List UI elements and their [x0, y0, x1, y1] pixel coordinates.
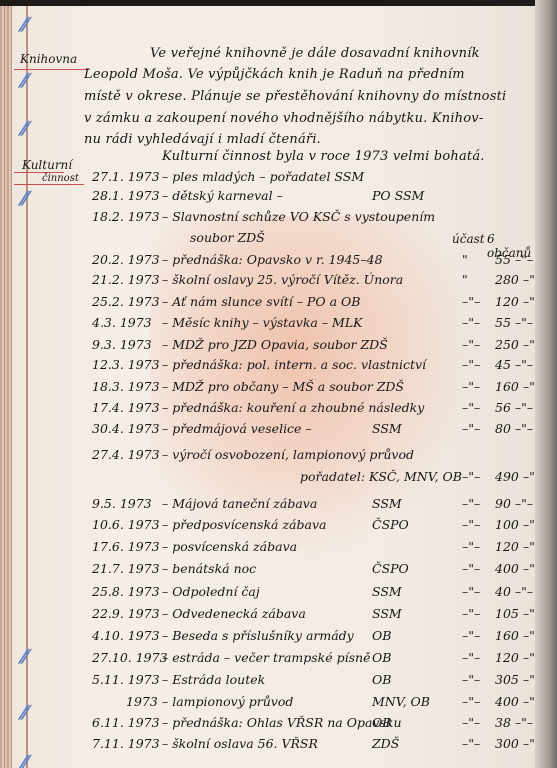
event-description: – benátská noc	[162, 561, 256, 576]
event-row: 30.4. 1973– předmájová veselice –SSM–"–8…	[0, 421, 536, 443]
event-description: – dětský karneval –	[162, 188, 283, 203]
event-description: – Odvedenecká zábava	[162, 606, 306, 621]
event-count: 105 –"–	[495, 606, 536, 621]
event-count: 250 –"–	[495, 337, 536, 352]
event-row: 1973– lampionový průvodMNV, OB–"–400 –"–	[0, 694, 536, 716]
event-date: 25.8. 1973	[92, 584, 162, 599]
event-description: – Ať nám slunce svítí – PO a OB	[162, 294, 360, 309]
event-participation: –"–	[462, 561, 480, 576]
event-row: soubor ZDŠ	[0, 230, 536, 252]
event-participation: –"–	[462, 496, 480, 511]
event-description: – Slavnostní schůze VO KSČ s vystoupením	[162, 209, 435, 224]
event-date: 25.2. 1973	[92, 294, 162, 309]
event-row: 17.4. 1973– přednáška: kouření a zhoubné…	[0, 400, 536, 422]
paragraph-line: v zámku a zakoupení nového vhodnějšího n…	[84, 111, 483, 126]
event-row: 7.11. 1973– školní oslava 56. VŘSRZDŠ–"–…	[0, 736, 536, 758]
event-participation: –"–	[462, 294, 480, 309]
event-description: – MDŽ pro JZD Opavia, soubor ZDŠ	[162, 337, 388, 352]
event-row: 4.3. 1973– Měsíc knihy – výstavka – MLK–…	[0, 315, 536, 337]
paragraph-line: nu rádi vyhledávají i mladí čtenáři.	[84, 132, 321, 147]
event-description: – předmájová veselice –	[162, 421, 312, 436]
event-row: 28.1. 1973– dětský karneval –PO SSM	[0, 188, 536, 210]
event-count: 490 –"–	[495, 469, 536, 484]
event-date: 22.9. 1973	[92, 606, 162, 621]
red-underline	[14, 69, 90, 70]
event-row: 17.6. 1973– posvícenská zábava–"–120 –"–	[0, 539, 536, 561]
event-description: – Estráda loutek	[162, 672, 265, 687]
event-participation: "	[462, 252, 468, 267]
event-date: 7.11. 1973	[92, 736, 162, 751]
event-row: 9.5. 1973– Májová taneční zábavaSSM–"–90…	[0, 496, 536, 518]
event-organizer: OB	[372, 672, 391, 687]
event-date: 12.3. 1973	[92, 357, 162, 372]
event-count: 120 –"–	[495, 294, 536, 309]
event-organizer: SSM	[372, 584, 402, 599]
event-row: 22.9. 1973– Odvedenecká zábavaSSM–"–105 …	[0, 606, 536, 628]
event-participation: –"–	[462, 400, 480, 415]
event-description: pořadatel: KSČ, MNV, OB	[300, 469, 462, 484]
culture-intro: Kulturní činnost byla v roce 1973 velmi …	[162, 149, 485, 164]
event-row: 18.2. 1973– Slavnostní schůze VO KSČ s v…	[0, 209, 536, 231]
event-description: soubor ZDŠ	[190, 230, 265, 245]
event-description: – posvícenská zábava	[162, 539, 297, 554]
event-date: 21.2. 1973	[92, 272, 162, 287]
event-participation: –"–	[462, 736, 480, 751]
event-count: 55 –"–	[495, 315, 533, 330]
event-count: 40 –"–	[495, 584, 533, 599]
event-date: 9.5. 1973	[92, 496, 162, 511]
event-date: 18.2. 1973	[92, 209, 162, 224]
event-description: – Májová taneční zábava	[162, 496, 317, 511]
event-organizer: OB	[372, 628, 391, 643]
event-row: 9.3. 1973– MDŽ pro JZD Opavia, soubor ZD…	[0, 337, 536, 359]
event-organizer: ČSPO	[372, 561, 409, 576]
event-count: 120 –"–	[495, 539, 536, 554]
event-date: 10.6. 1973	[92, 517, 162, 532]
event-row: 18.3. 1973– MDŽ pro občany – MŠ a soubor…	[0, 379, 536, 401]
event-participation: "	[462, 272, 468, 287]
event-participation: –"–	[462, 628, 480, 643]
event-count: 400 –"–	[495, 694, 536, 709]
event-participation: –"–	[462, 421, 480, 436]
event-count: 38 –"–	[495, 715, 533, 730]
event-date: 28.1. 1973	[92, 188, 162, 203]
event-description: – MDŽ pro občany – MŠ a soubor ZDŠ	[162, 379, 404, 394]
event-description: – estráda – večer trampské písně	[162, 650, 370, 665]
event-row: 21.2. 1973– školní oslavy 25. výročí Vít…	[0, 272, 536, 294]
paragraph-line: místě v okrese. Plánuje se přestěhování …	[84, 89, 506, 104]
event-count: 305 –"–	[495, 672, 536, 687]
event-count: 90 –"–	[495, 496, 533, 511]
event-description: – přednáška: Opavsko v r. 1945–48	[162, 252, 383, 267]
event-organizer: PO SSM	[372, 188, 424, 203]
event-date: 27.4. 1973	[92, 447, 162, 462]
event-row: pořadatel: KSČ, MNV, OB–"–490 –"–	[0, 469, 536, 491]
event-date: 5.11. 1973	[92, 672, 162, 687]
paragraph-line: Ve veřejné knihovně je dále dosavadní kn…	[150, 46, 480, 61]
event-participation: –"–	[462, 539, 480, 554]
event-row: 4.10. 1973– Beseda s příslušníky armádyO…	[0, 628, 536, 650]
event-description: – školní oslava 56. VŘSR	[162, 736, 318, 751]
event-organizer: MNV, OB	[372, 694, 430, 709]
event-description: – Odpolední čaj	[162, 584, 260, 599]
event-organizer: SSM	[372, 606, 402, 621]
event-row: 6.11. 1973– přednáška: Ohlas VŘSR na Opa…	[0, 715, 536, 737]
event-date: 4.3. 1973	[92, 315, 162, 330]
event-row: 10.6. 1973– předposvícenská zábavaČSPO–"…	[0, 517, 536, 539]
event-row: 25.8. 1973– Odpolední čajSSM–"–40 –"–	[0, 584, 536, 606]
event-participation: –"–	[462, 517, 480, 532]
event-count: 100 –"–	[495, 517, 536, 532]
margin-label-library: Knihovna	[20, 52, 77, 66]
event-description: – předposvícenská zábava	[162, 517, 326, 532]
event-date: 20.2. 1973	[92, 252, 162, 267]
event-description: – školní oslavy 25. výročí Vítěz. Února	[162, 272, 403, 287]
event-row: 5.11. 1973– Estráda loutekOB–"–305 –"–	[0, 672, 536, 694]
event-count: 400 –"–	[495, 561, 536, 576]
event-date: 18.3. 1973	[92, 379, 162, 394]
event-row: 25.2. 1973– Ať nám slunce svítí – PO a O…	[0, 294, 536, 316]
event-participation: –"–	[462, 315, 480, 330]
event-description: – Měsíc knihy – výstavka – MLK	[162, 315, 362, 330]
paragraph-line: Leopold Moša. Ve výpůjčkách knih je Radu…	[84, 67, 465, 82]
event-count: 280 –"–	[495, 272, 536, 287]
event-participation: –"–	[462, 672, 480, 687]
event-participation: –"–	[462, 715, 480, 730]
event-count: 160 –"–	[495, 379, 536, 394]
event-count: 160 –"–	[495, 628, 536, 643]
event-date: 17.4. 1973	[92, 400, 162, 415]
event-participation: –"–	[462, 650, 480, 665]
event-date: 17.6. 1973	[92, 539, 162, 554]
event-date: 6.11. 1973	[92, 715, 162, 730]
event-count: 45 –"–	[495, 357, 533, 372]
event-organizer: SSM	[372, 496, 402, 511]
event-count: 300 –"–	[495, 736, 536, 751]
event-description: – přednáška: pol. intern. a soc. vlastni…	[162, 357, 426, 372]
book-gutter	[535, 0, 557, 768]
event-organizer: ČSPO	[372, 517, 409, 532]
event-description: – Beseda s příslušníky armády	[162, 628, 354, 643]
event-participation: –"–	[462, 357, 480, 372]
event-description: – výročí osvobození, lampionový průvod	[162, 447, 414, 462]
event-row: 20.2. 1973– přednáška: Opavsko v r. 1945…	[0, 252, 536, 274]
event-organizer: ZDŠ	[372, 736, 399, 751]
event-organizer: OB	[372, 715, 391, 730]
event-participation: –"–	[462, 694, 480, 709]
event-row: 12.3. 1973– přednáška: pol. intern. a so…	[0, 357, 536, 379]
event-count: 56 –"–	[495, 400, 533, 415]
event-description: – ples mladých – pořadatel SSM	[162, 169, 364, 184]
event-organizer: OB	[372, 650, 391, 665]
event-date: 30.4. 1973	[92, 421, 162, 436]
event-row: 21.7. 1973– benátská nocČSPO–"–400 –"–	[0, 561, 536, 583]
event-count: 80 –"–	[495, 421, 533, 436]
event-date: 9.3. 1973	[92, 337, 162, 352]
event-date: 4.10. 1973	[92, 628, 162, 643]
event-date: 27.1. 1973	[92, 169, 162, 184]
binding-stitch-icon: //	[16, 118, 37, 140]
event-participation: –"–	[462, 584, 480, 599]
event-participation: –"–	[462, 469, 480, 484]
event-date: 27.10. 1973	[92, 650, 162, 665]
event-row: 27.4. 1973– výročí osvobození, lampionov…	[0, 447, 536, 469]
event-count: 120 –"–	[495, 650, 536, 665]
event-participation: –"–	[462, 379, 480, 394]
event-description: – lampionový průvod	[162, 694, 293, 709]
event-count: 55 –"–	[495, 252, 533, 267]
event-description: – přednáška: Ohlas VŘSR na Opavsku	[162, 715, 402, 730]
event-date: 21.7. 1973	[92, 561, 162, 576]
event-description: – přednáška: kouření a zhoubné následky	[162, 400, 424, 415]
binding-stitch-icon: //	[16, 70, 37, 92]
event-participation: –"–	[462, 606, 480, 621]
event-participation: –"–	[462, 337, 480, 352]
event-row: 27.10. 1973– estráda – večer trampské pí…	[0, 650, 536, 672]
event-organizer: SSM	[372, 421, 402, 436]
binding-stitch-icon: //	[16, 14, 37, 36]
chronicle-page: // // // // // // // Knihovna Kulturní č…	[0, 6, 536, 768]
